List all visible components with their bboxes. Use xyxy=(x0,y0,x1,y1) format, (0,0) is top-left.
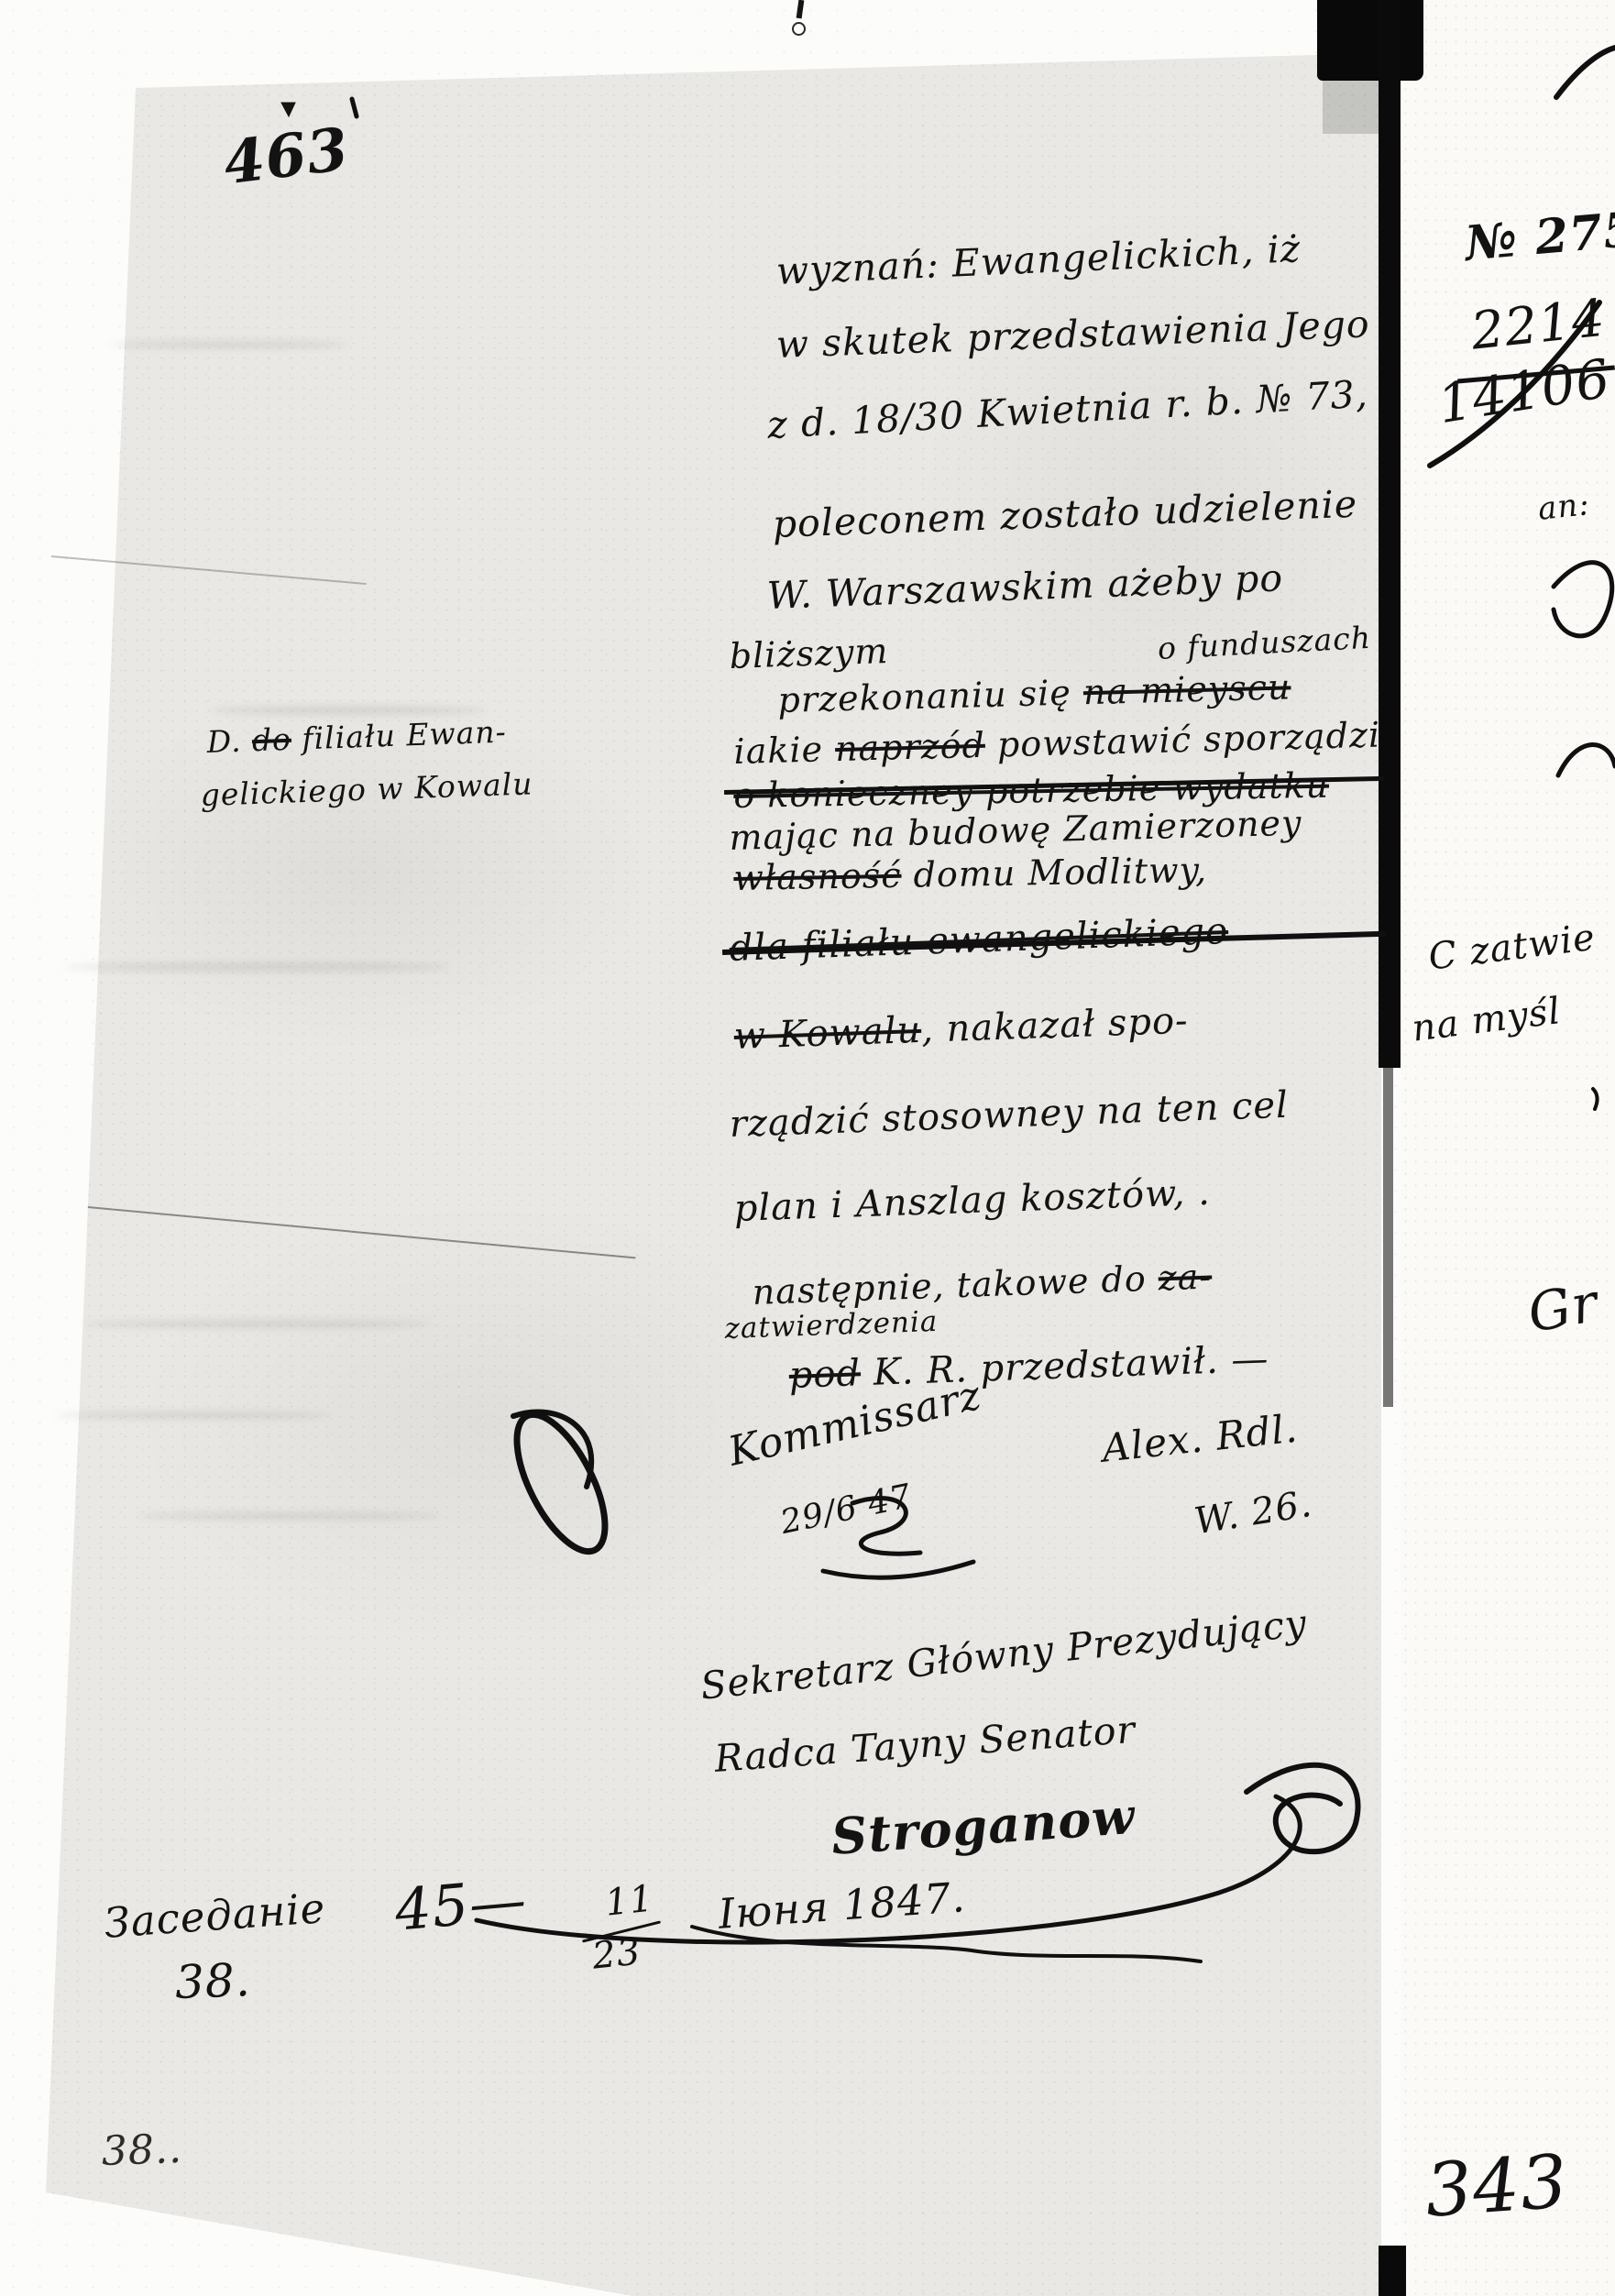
bleedthrough-smudge xyxy=(55,1412,330,1419)
binding-shadow xyxy=(1323,79,1379,134)
adjacent-annotation: an: xyxy=(1536,486,1591,528)
bleedthrough-smudge xyxy=(137,1512,440,1520)
adjacent-page-number: 343 xyxy=(1423,2138,1571,2234)
line-text: przekonaniu się xyxy=(777,672,1083,720)
line-text: bliższym xyxy=(729,631,889,676)
margin-note-pre: D. xyxy=(206,722,253,760)
adjacent-partial-word: Gr xyxy=(1523,1271,1603,1345)
small-ring-mark xyxy=(792,22,806,36)
archival-scan: { "document": { "folio_number": "463", "… xyxy=(0,0,1615,2296)
struck-text: własność xyxy=(733,855,902,898)
line-text: domu Modlitwy, xyxy=(901,850,1207,895)
session-date-numerator: 11 xyxy=(603,1877,655,1924)
handwritten-line-6: bliższym xyxy=(729,631,889,676)
handwritten-line-11: własność domu Modlitwy, xyxy=(733,850,1207,898)
struck-text: do xyxy=(251,721,291,758)
struck-text: naprzód xyxy=(835,725,986,769)
line-text: iakie xyxy=(733,729,836,772)
binding-gutter-bar xyxy=(1379,0,1401,1068)
bottom-left-number: 38.. xyxy=(101,2126,183,2175)
struck-text: na mieyscu xyxy=(1082,666,1291,712)
bleedthrough-smudge xyxy=(64,962,449,972)
session-number: 45— xyxy=(392,1865,530,1943)
struck-text: za- xyxy=(1158,1256,1213,1298)
binding-bottom-mark xyxy=(1379,2246,1406,2296)
bleedthrough-smudge xyxy=(82,1320,431,1328)
margin-note-post: filiału Ewan- xyxy=(291,714,507,757)
bleedthrough-smudge xyxy=(211,706,486,715)
struck-text: w Kowalu xyxy=(733,1009,922,1058)
binding-gutter-bar-faint xyxy=(1383,1068,1393,1407)
bleedthrough-smudge xyxy=(110,341,348,348)
file-number: 38. xyxy=(174,1953,252,2009)
struck-text: pod xyxy=(788,1352,862,1397)
top-edge-tick xyxy=(797,0,805,18)
binding-ink-blob xyxy=(1317,0,1423,81)
